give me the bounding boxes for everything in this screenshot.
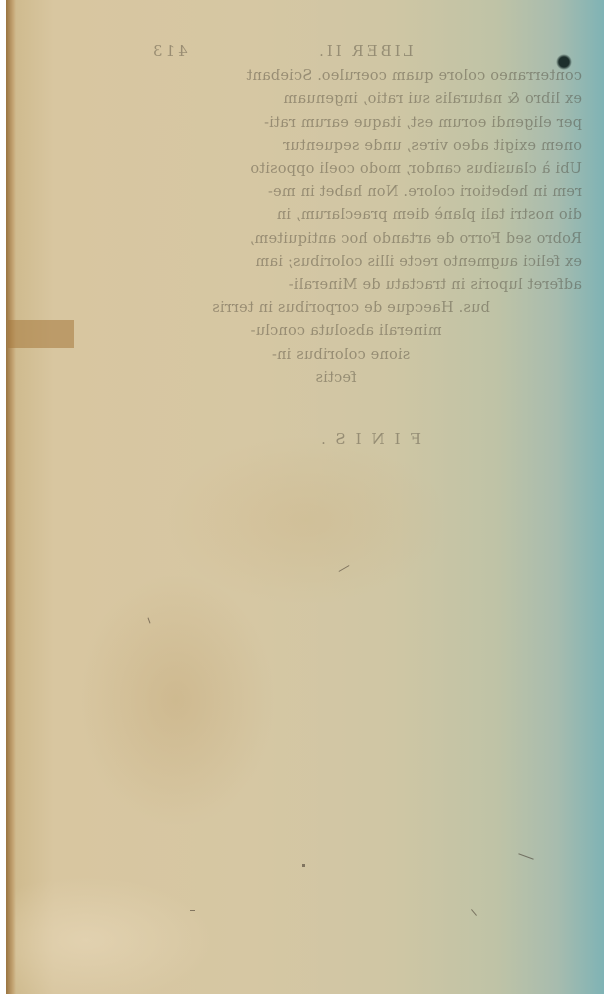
text-line: bus. Haecque de corporibus in terris — [150, 297, 582, 320]
text-line: fectis — [150, 367, 582, 390]
text-line: ex libro & naturalis sui ratio, ingenuam — [150, 88, 582, 111]
text-line: Robro sed Forro de artando hoc antiquite… — [150, 228, 582, 251]
running-head: LIBER II. 413 — [150, 40, 582, 63]
text-line: adferet luporis in tractatu de Minerali- — [150, 274, 582, 297]
page-number: 413 — [150, 40, 188, 63]
binding-edge — [6, 0, 16, 994]
paper-fiber — [190, 910, 195, 911]
paper-fiber — [302, 864, 305, 867]
text-line: sione coloribus in- — [150, 344, 582, 367]
text-line: rem in hebetiori colore. Non habet in me… — [150, 181, 582, 204]
brown-stain — [8, 320, 74, 348]
text-line: minerali absoluta conclu- — [150, 320, 582, 343]
text-line: Ubi à clausibus candor, modo coeli oppos… — [150, 158, 582, 181]
running-head-title: LIBER II. — [316, 40, 414, 63]
text-line: ex felici augmento recte illis coloribus… — [150, 251, 582, 274]
text-line: per eligendi eorum est, itaque earum rat… — [150, 112, 582, 135]
finis-heading: FINIS. — [150, 428, 582, 451]
text-line: conterraneo colore quam coeruleo. Scieba… — [150, 65, 582, 88]
text-line: onem exigit adeo vires, unde sequentur — [150, 135, 582, 158]
text-line: dio nostri tali planè diem praeclarum, i… — [150, 204, 582, 227]
bleed-through-text: LIBER II. 413 conterraneo colore quam co… — [150, 40, 582, 451]
